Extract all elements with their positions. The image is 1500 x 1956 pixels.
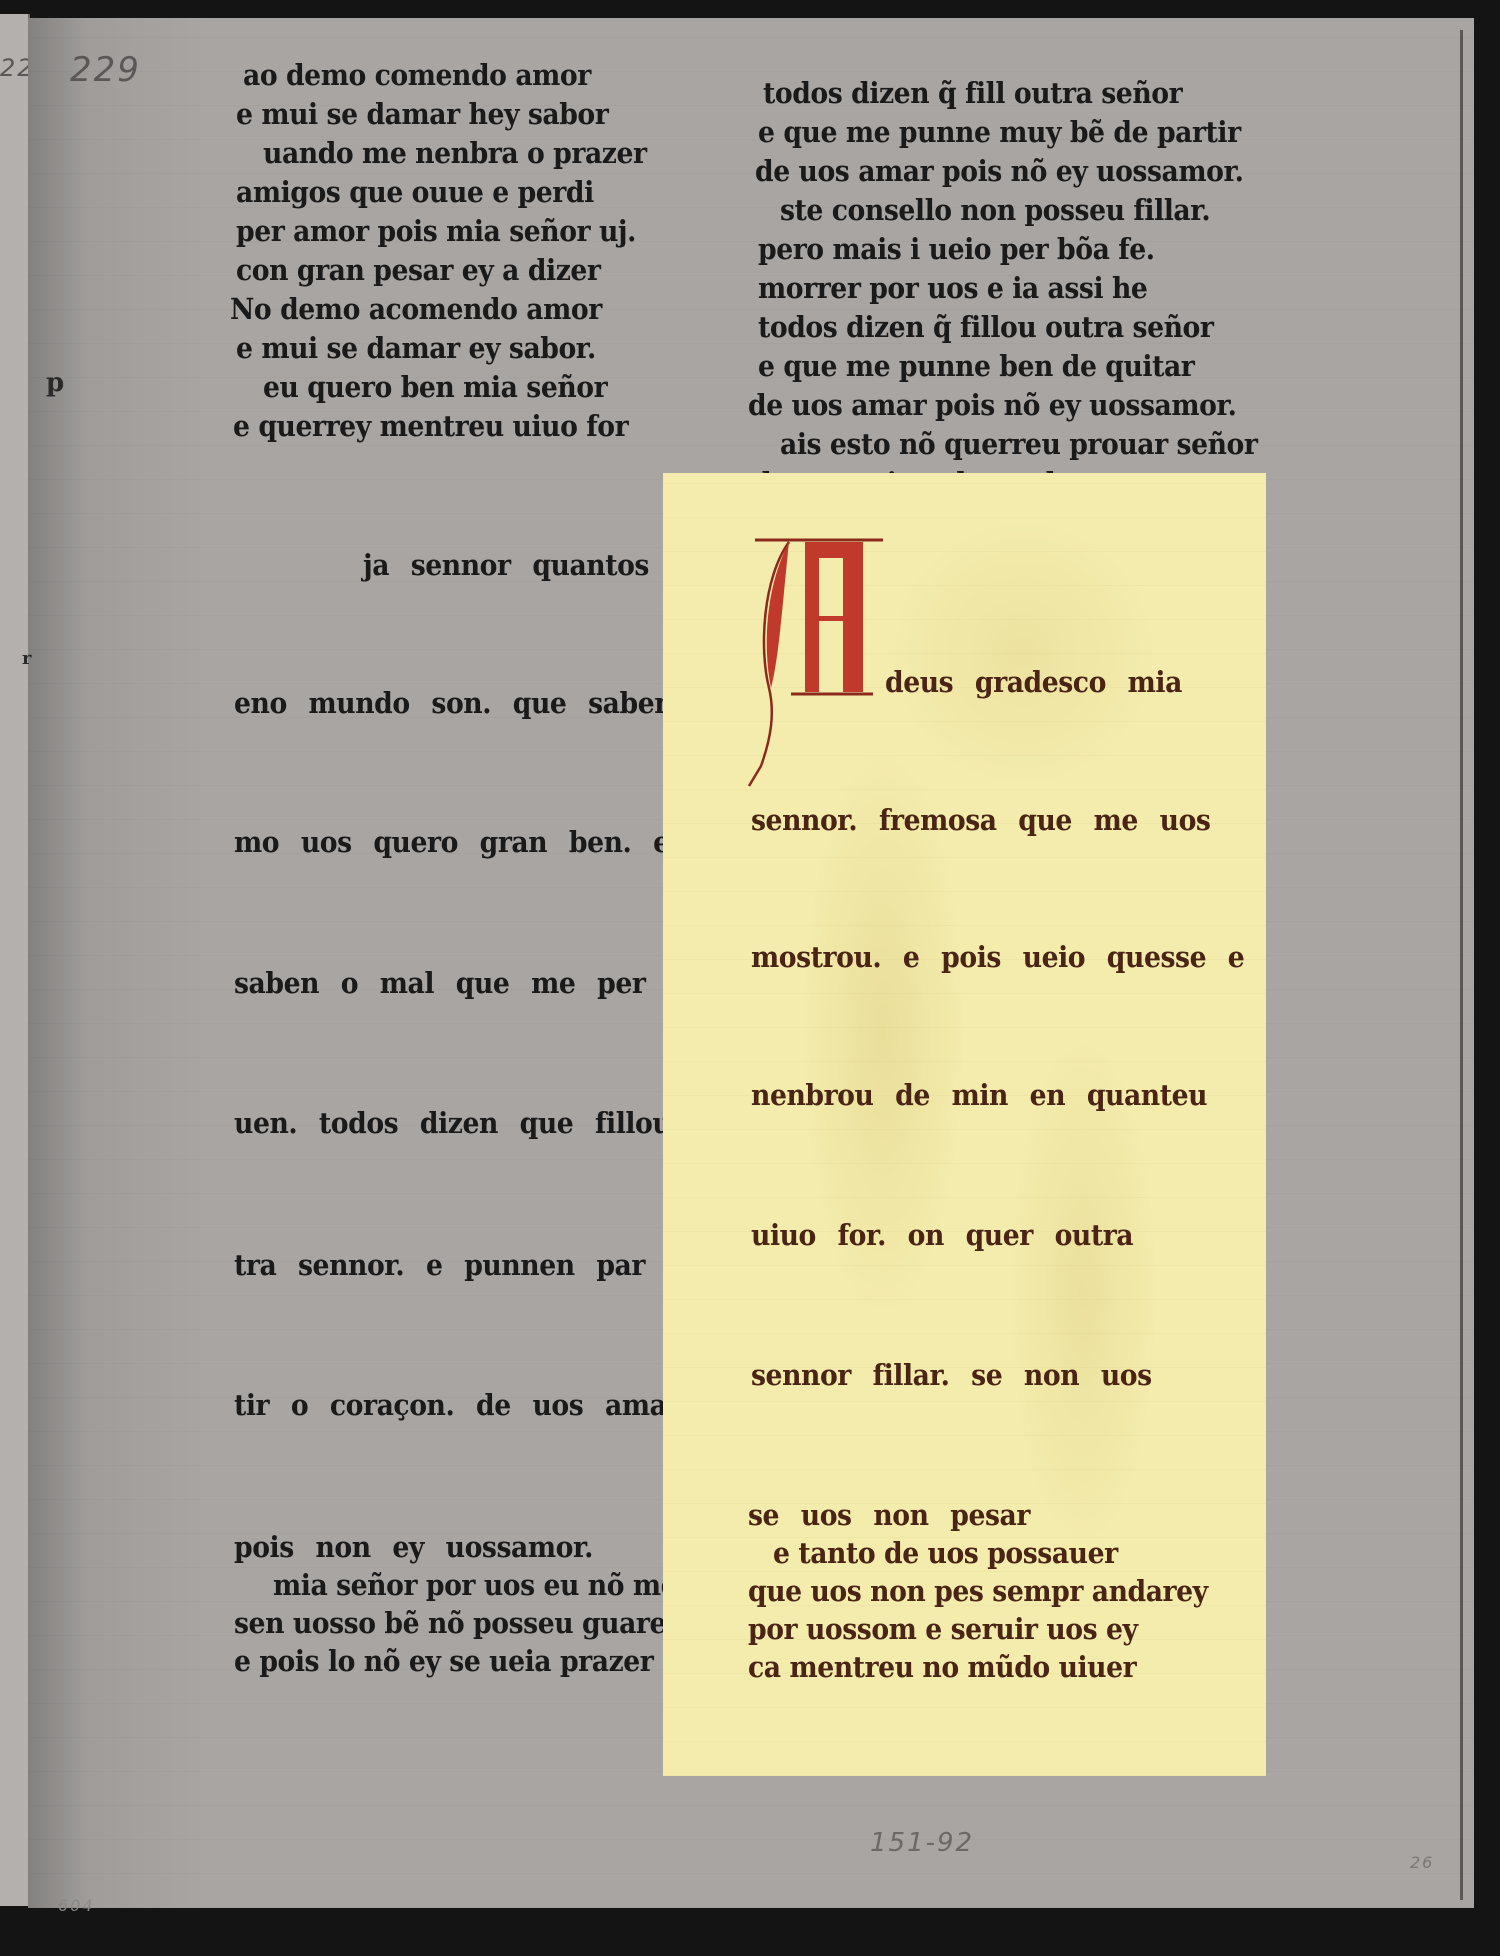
text-line: ais esto nõ querreu prouar señor	[780, 427, 1257, 461]
text-line: eno mundo son. que saben co	[234, 686, 728, 720]
text-line: mostrou. e pois ueio quesse e	[751, 940, 1244, 974]
bottom-left-mark: 604	[58, 1896, 95, 1915]
text-line: deus gradesco mia	[885, 665, 1182, 699]
text-line: ja sennor quantos	[363, 548, 649, 582]
text-line: nenbrou de min en quanteu	[751, 1078, 1207, 1112]
text-line: morrer por uos e ia assi he	[758, 271, 1147, 305]
text-line: per amor pois mia señor uj.	[236, 214, 636, 248]
text-line: sennor. fremosa que me uos	[751, 803, 1210, 837]
text-line: de uos amar pois nõ ey uossamor.	[755, 154, 1243, 188]
bottom-right-mark: 26	[1410, 1853, 1434, 1872]
text-line: tra sennor. e punnen par	[234, 1248, 645, 1282]
text-line: e que me punne muy bẽ de partir	[758, 115, 1241, 149]
text-line: ca mentreu no mũdo uiuer	[748, 1650, 1136, 1684]
text-line: mia señor por uos eu nõ mẽtir	[273, 1568, 712, 1602]
text-line: ao demo comendo amor	[243, 58, 591, 92]
text-line: uando me nenbra o prazer	[263, 136, 647, 170]
margin-mark-r: r	[22, 648, 31, 669]
text-line: e pois lo nõ ey se ueia prazer	[234, 1644, 653, 1678]
text-line: uen. todos dizen que fillou	[234, 1106, 671, 1140]
text-line: se uos non pesar	[748, 1498, 1030, 1532]
text-line: saben o mal que me per uos	[234, 966, 718, 1000]
highlighted-region: A deus gradesco mia sennor. fremosa que …	[663, 473, 1266, 1776]
text-line: uiuo for. on quer outra	[751, 1218, 1133, 1252]
text-line: pero mais i ueio per bõa fe.	[758, 232, 1155, 266]
text-line: ste consello non posseu fillar.	[780, 193, 1210, 227]
text-line: e que me punne ben de quitar	[758, 349, 1194, 383]
text-line: pois non ey uossamor.	[234, 1530, 593, 1564]
text-line: sennor fillar. se non uos	[751, 1358, 1152, 1392]
shelfmark-note: 151-92	[870, 1828, 974, 1858]
text-line: todos dizen q̃ fill outra señor	[763, 76, 1182, 110]
text-line: amigos que ouue e perdi	[236, 175, 594, 209]
margin-mark-p: p	[46, 368, 64, 398]
text-line: de uos amar pois nõ ey uossamor.	[748, 388, 1236, 422]
text-line: e tanto de uos possauer	[773, 1536, 1118, 1570]
text-line: mo uos quero gran ben. e	[234, 825, 670, 859]
text-line: todos dizen q̃ fillou outra señor	[758, 310, 1213, 344]
text-line: con gran pesar ey a dizer	[236, 253, 601, 287]
text-line: por uossom e seruir uos ey	[748, 1612, 1138, 1646]
text-line: No demo acomendo amor	[230, 292, 602, 326]
text-line: e querrey mentreu uiuo for	[233, 409, 628, 443]
page-right-edge	[1460, 30, 1463, 1900]
text-line: tir o coraçon. de uos amar	[234, 1388, 680, 1422]
decorated-initial-a-icon: A	[743, 538, 883, 788]
text-line: e mui se damar hey sabor	[236, 97, 608, 131]
folio-number: 229	[70, 50, 141, 90]
text-line: sen uosso bẽ nõ posseu guarecer	[234, 1606, 712, 1640]
text-line: e mui se damar ey sabor.	[236, 331, 596, 365]
previous-page-edge: 228	[0, 14, 30, 1906]
text-line: eu quero ben mia señor	[263, 370, 607, 404]
text-line: que uos non pes sempr andarey	[748, 1574, 1208, 1608]
